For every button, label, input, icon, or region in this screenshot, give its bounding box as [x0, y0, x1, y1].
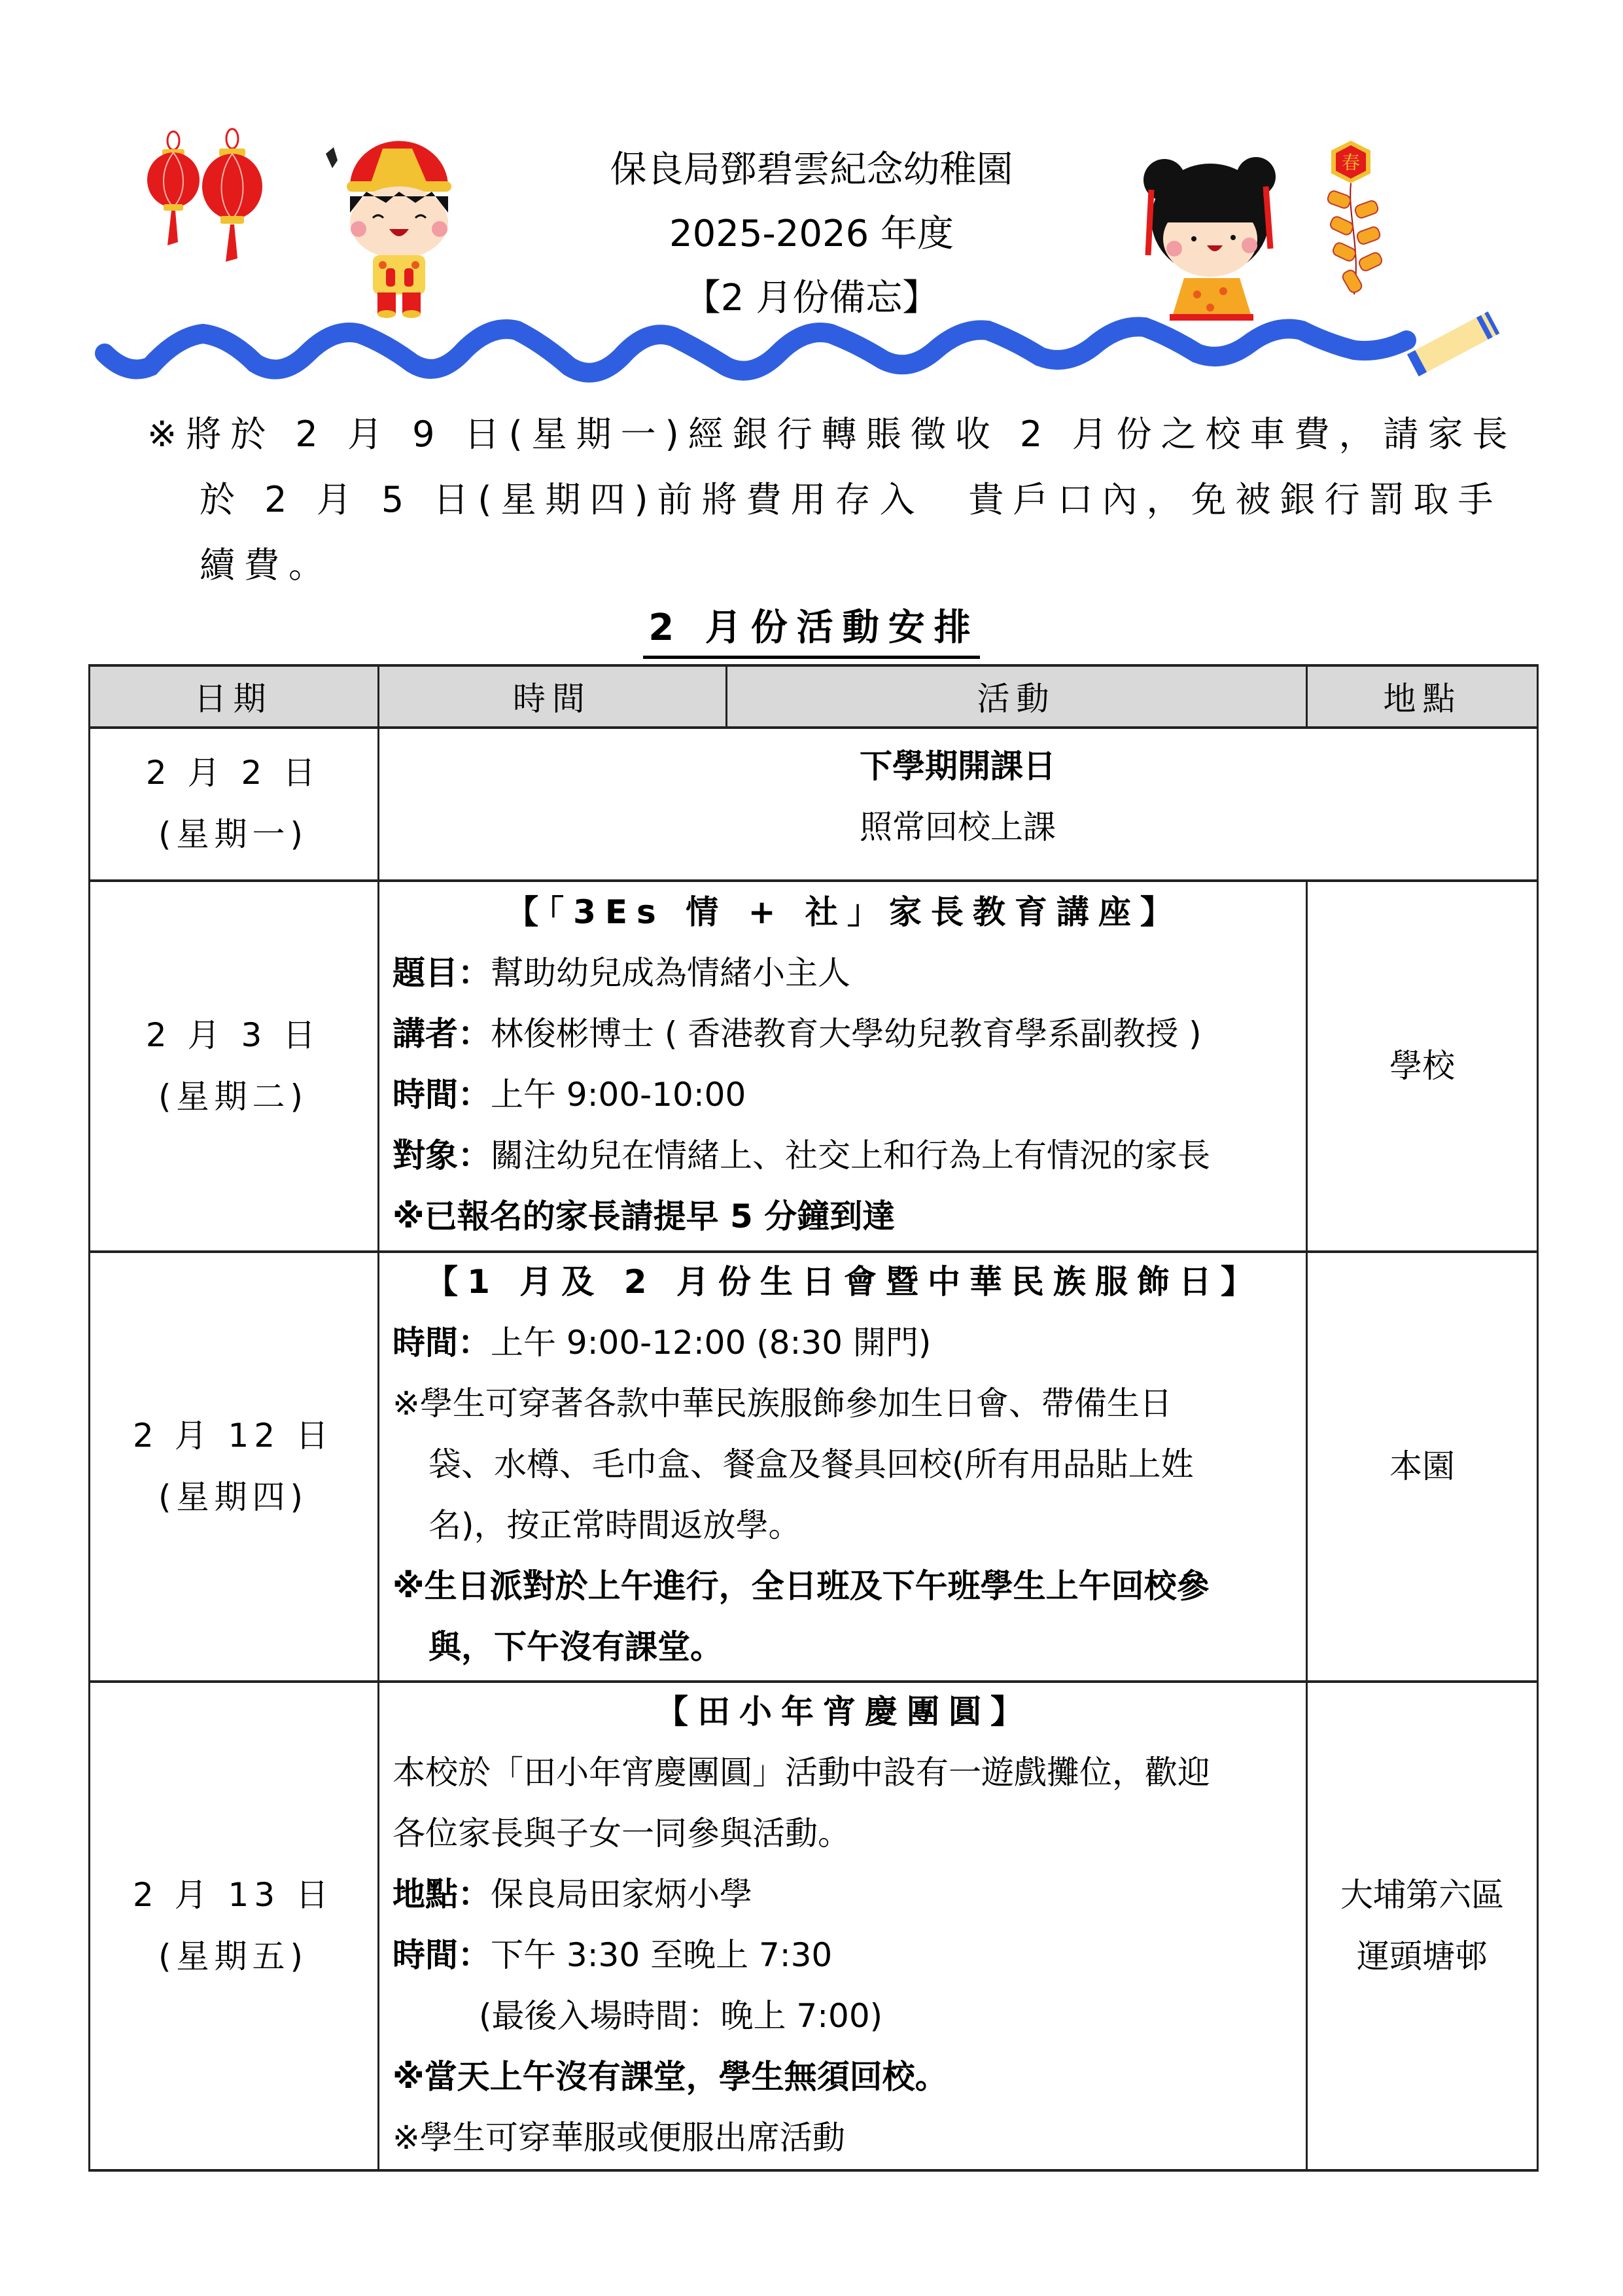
activity-title: 【「3Es 情 + 社」家長教育講座】 [393, 882, 1295, 943]
activity-title: 【田小年宵慶團圓】 [393, 1682, 1295, 1742]
table-border [88, 2169, 1539, 2172]
table-row-activity: 【田小年宵慶團圓】 本校於「田小年宵慶團圓」活動中設有一遊戲攤位，歡迎 各位家長… [393, 1682, 1295, 2168]
table-row-date: 2 月 12 日 (星期四) [88, 1252, 378, 1680]
memo-title: 【2 月份備忘】 [0, 280, 1623, 317]
activity-detail: 照常回校上課 [378, 797, 1537, 858]
notice-line-1: ※將於 2 月 9 日(星期一)經銀行轉賬徵收 2 月份之校車費，請家長 [147, 417, 1516, 452]
table-row-activity: 【「3Es 情 + 社」家長教育講座】 題目：幫助幼兒成為情緒小主人 講者：林俊… [393, 882, 1295, 1247]
table-border [1537, 664, 1539, 2171]
column-header-time: 時間 [378, 664, 726, 728]
activity-title: 下學期開課日 [378, 736, 1537, 797]
activity-title: 【1 月及 2 月份生日會暨中華民族服飾日】 [393, 1252, 1295, 1313]
notice-line-3: 續費。 [200, 548, 333, 583]
table-row-activity: 下學期開課日 照常回校上課 [378, 736, 1537, 858]
table-border [88, 664, 1539, 667]
wave-divider-icon [98, 314, 1524, 386]
column-header-activity: 活動 [726, 664, 1306, 728]
table-row-location: 學校 [1308, 881, 1537, 1250]
table-row-activity: 【1 月及 2 月份生日會暨中華民族服飾日】 時間：上午 9:00-12:00 … [393, 1252, 1295, 1678]
table-row-date: 2 月 13 日 (星期五) [88, 1682, 378, 2169]
section-heading: 2 月份活動安排 [0, 610, 1623, 646]
table-row-location: 大埔第六區 運頭塘邨 [1308, 1682, 1537, 2169]
notice-line-2: 於 2 月 5 日(星期四)前將費用存入 貴戶口內，免被銀行罰取手 [200, 482, 1503, 518]
table-border [1306, 664, 1308, 728]
column-header-date: 日期 [88, 664, 378, 728]
school-year: 2025-2026 年度 [0, 216, 1623, 253]
activity-note: ※已報名的家長請提早 5 分鐘到達 [393, 1186, 1295, 1247]
table-row-location: 本園 [1308, 1252, 1537, 1680]
table-row-date: 2 月 3 日 (星期二) [88, 881, 378, 1250]
table-border [725, 664, 727, 728]
column-header-location: 地點 [1306, 664, 1539, 728]
activity-table: 日期 時間 活動 地點 2 月 2 日 (星期一) 下學期開課日 照常回校上課 … [88, 664, 1539, 2171]
table-row-date: 2 月 2 日 (星期一) [88, 728, 378, 879]
school-name: 保良局鄧碧雲紀念幼稚園 [0, 152, 1623, 188]
